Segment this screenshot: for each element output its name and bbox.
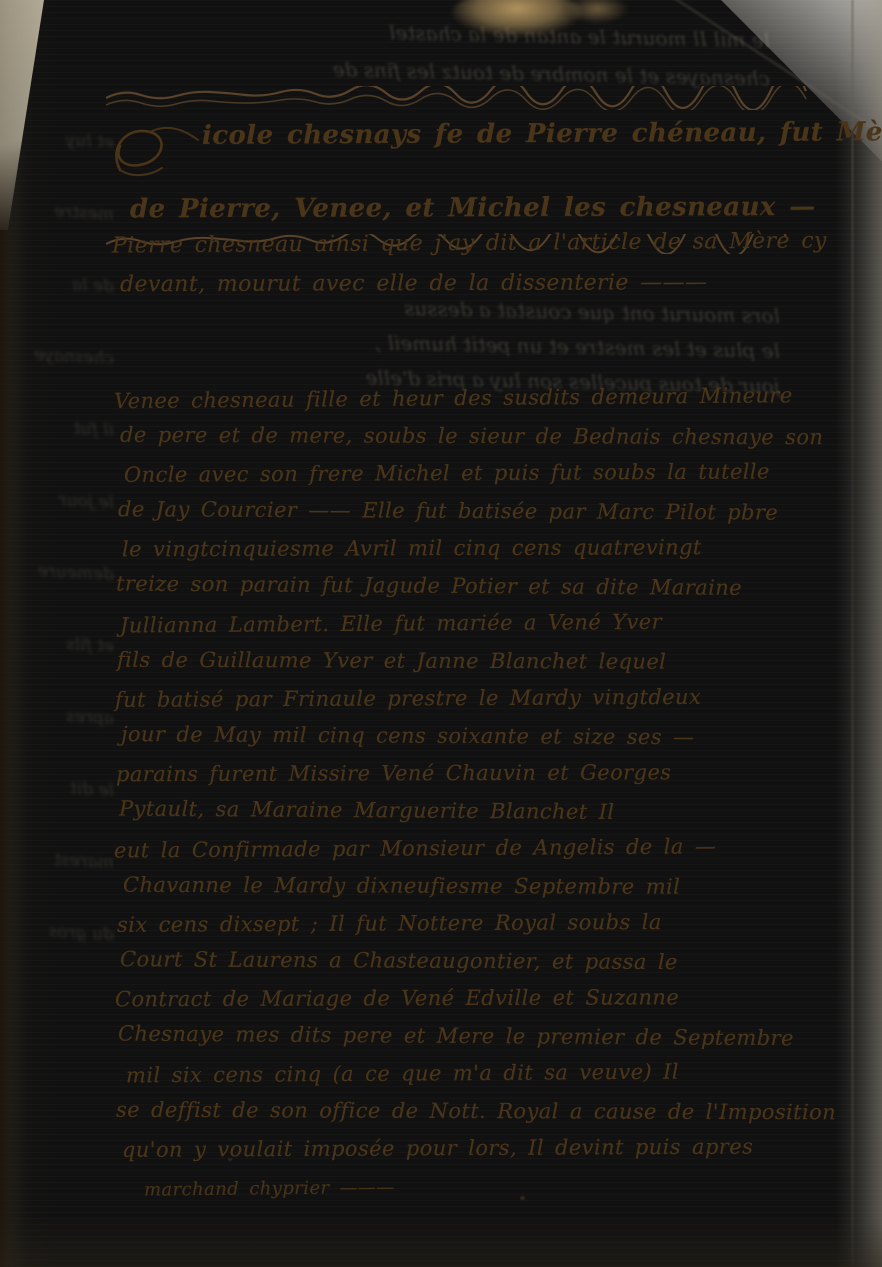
ghost-text-fragment-illegible: le mil Il mourut le antan de la chastel <box>70 7 771 60</box>
manuscript-line: le vingtcinquiesme Avril mil cinq cens q… <box>122 529 836 569</box>
manuscript-line: six cens dixsept ; Il fut Nottere Royal … <box>117 903 836 944</box>
ink-stain <box>452 0 582 36</box>
manuscript-line: de pere et de mere, soubs le sieur de Be… <box>120 416 836 456</box>
manuscript-line: jour de May mil cinq cens soixante et si… <box>121 716 836 757</box>
manuscript-line: Court St Laurens a Chasteaugontier, et p… <box>120 941 836 982</box>
manuscript-line: treize son parain fut Jagude Potier et s… <box>116 565 836 608</box>
showthrough-top: le mil Il mourut le antan de la chastel … <box>70 14 770 90</box>
manuscript-line: mil six cens cinq (a ce que m'a dit sa v… <box>126 1053 836 1095</box>
manuscript-line: marchand chyprier ——— <box>144 1164 836 1209</box>
manuscript-line: Pytault, sa Maraine Marguerite Blanchet … <box>119 790 836 833</box>
manuscript-line: Chavanne le Mardy dixneufiesme Septembre… <box>123 866 836 906</box>
manuscript-line: Contract de Mariage de Vené Edville et S… <box>115 979 836 1019</box>
manuscript-line: qu'on y voulait imposée pour lors, Il de… <box>122 1128 836 1169</box>
paragraph-pierre: Pierre chesneau ainsi que j'ay dit a l'a… <box>112 224 827 304</box>
manuscript-line: Pierre chesneau ainsi que j'ay dit a l'a… <box>112 222 827 267</box>
manuscript-line: eut la Confirmade par Monsieur de Angeli… <box>114 827 836 870</box>
manuscript-line: Jullianna Lambert. Elle fut mariée a Ven… <box>120 603 836 645</box>
manuscript-line: se deffist de son office de Nott. Royal … <box>116 1091 836 1131</box>
manuscript-line: de Jay Courcier —— Elle fut batisée par … <box>118 491 836 532</box>
paragraph-venee: Venee chesneau fille et heur des susdits… <box>114 380 836 1205</box>
title-line-1: icole chesnays fe de Pierre chéneau, fut… <box>202 110 882 158</box>
manuscript-line: Venee chesneau fille et heur des susdits… <box>114 377 836 421</box>
manuscript-line: devant, mourut avec elle de la dissenter… <box>120 263 827 305</box>
manuscript-line: fut batisé par Frinaule prestre le Mardy… <box>115 678 836 719</box>
flourish-rule-top <box>106 86 810 110</box>
ornate-initial-letter <box>106 118 202 190</box>
manuscript-line: Chesnaye mes dits pere et Mere le premie… <box>118 1015 836 1058</box>
ghost-text-fragment-illegible: le plus et les mestre et un petit humeil… <box>120 320 781 369</box>
manuscript-line: fils de Guillaume Yver et Janne Blanchet… <box>117 641 836 681</box>
manuscript-line: Oncle avec son frere Michel et puis fut … <box>124 453 836 494</box>
manuscript-page: le mil Il mourut le antan de la chastel … <box>0 0 882 1267</box>
manuscript-line: parains furent Missire Vené Chauvin et G… <box>116 754 836 794</box>
